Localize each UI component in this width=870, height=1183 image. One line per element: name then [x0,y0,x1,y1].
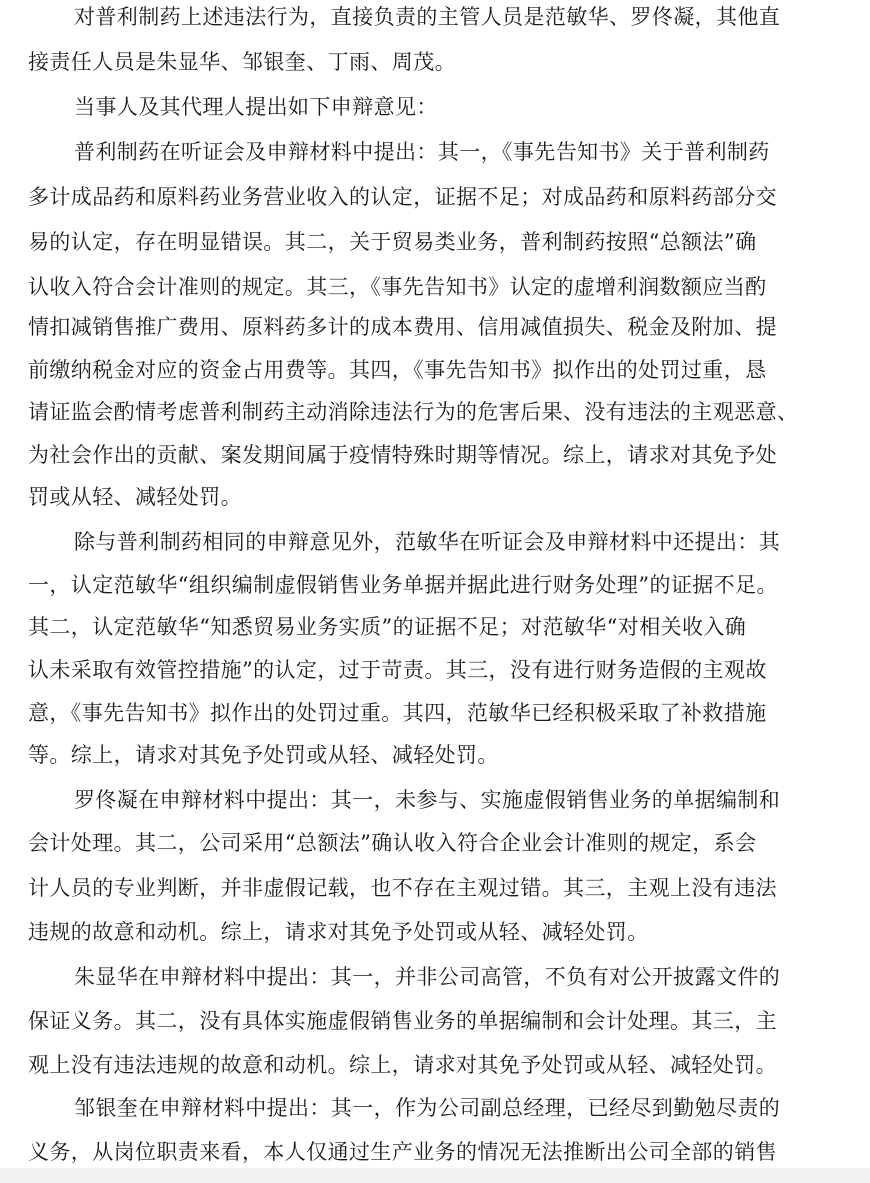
text-line: 观上没有违法违规的故意和动机。综上，请求对其免予处罚或从轻、减轻处罚。 [28,1050,777,1080]
text-line: 其二，认定范敏华“知悉贸易业务实质”的证据不足；对范敏华“对相关收入确 [28,612,746,642]
text-line: 罚或从轻、减轻处罚。 [28,482,242,512]
text-line: 邹银奎在申辩材料中提出：其一，作为公司副总经理，已经尽到勤勉尽责的 [74,1093,780,1123]
text-line: 请证监会酌情考虑普利制药主动消除违法行为的危害后果、没有违法的主观恶意、 [28,397,798,427]
text-line: 违规的故意和动机。综上，请求对其免予处罚或从轻、减轻处罚。 [28,917,649,947]
text-line: 朱显华在申辩材料中提出：其一，并非公司高管，不负有对公开披露文件的 [74,962,780,992]
text-line: 会计处理。其二，公司采用“总额法”确认收入符合企业会计准则的规定，系会 [28,828,756,858]
text-line: 意，《事先告知书》拟作出的处罚过重。其四，范敏华已经积极采取了补救措施 [28,698,767,728]
text-line: 当事人及其代理人提出如下申辩意见： [74,92,438,122]
text-line: 为社会作出的贡献、案发期间属于疫情特殊时期等情况。综上，请求对其免予处 [28,440,777,470]
text-line: 普利制药在听证会及申辩材料中提出：其一，《事先告知书》关于普利制药 [74,137,770,167]
text-line: 认未采取有效管控措施”的认定，过于苛责。其三，没有进行财务造假的主观故 [28,655,767,685]
text-line: 情扣减销售推广费用、原料药多计的成本费用、信用减值损失、税金及附加、提 [28,312,777,342]
text-line: 义务，从岗位职责来看，本人仅通过生产业务的情况无法推断出公司全部的销售 [28,1137,777,1167]
text-line: 接责任人员是朱显华、邹银奎、丁雨、周茂。 [28,47,456,77]
text-line: 对普利制药上述违法行为，直接负责的主管人员是范敏华、罗佟凝，其他直 [74,2,780,32]
text-line: 等。综上，请求对其免予处罚或从轻、减轻处罚。 [28,740,499,770]
text-line: 易的认定，存在明显错误。其二，关于贸易类业务，普利制药按照“总额法”确 [28,227,756,257]
text-line: 保证义务。其二，没有具体实施虚假销售业务的单据编制和会计处理。其三，主 [28,1006,777,1036]
text-line: 一，认定范敏华“组织编制虚假销售业务单据并据此进行财务处理”的证据不足。 [28,570,778,600]
text-line: 多计成品药和原料药业务营业收入的认定，证据不足；对成品药和原料药部分交 [28,182,777,212]
text-line: 除与普利制药相同的申辩意见外，范敏华在听证会及申辩材料中还提出：其 [74,527,780,557]
text-line: 计人员的专业判断，并非虚假记载，也不存在主观过错。其三，主观上没有违法 [28,873,777,903]
page-bottom-edge [0,1168,870,1183]
text-line: 罗佟凝在申辩材料中提出：其一，未参与、实施虚假销售业务的单据编制和 [74,785,780,815]
text-line: 认收入符合会计准则的规定。其三，《事先告知书》认定的虚增利润数额应当酌 [28,272,767,302]
text-line: 前缴纳税金对应的资金占用费等。其四，《事先告知书》拟作出的处罚过重，恳 [28,355,767,385]
